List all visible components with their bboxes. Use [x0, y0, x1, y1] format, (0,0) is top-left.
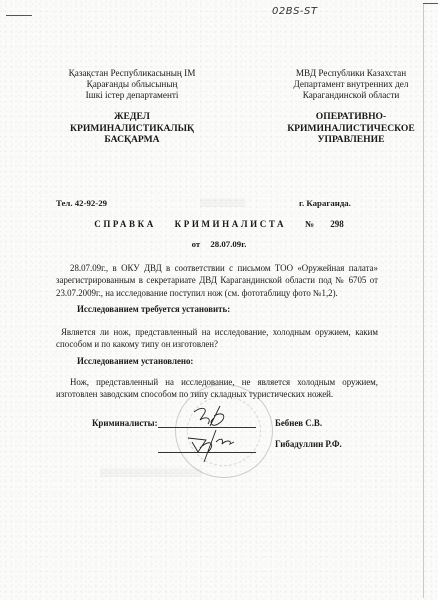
question-heading: Исследованием требуется установить: — [77, 304, 230, 314]
dept-title-line: УПРАВЛЕНИЕ — [266, 134, 436, 145]
dept-title-line: ЖЕДЕЛ — [47, 111, 217, 122]
bleed-through-text: ▒▒▒▒▒▒▒▒▒▒▒▒▒▒▒▒▒▒ — [100, 468, 300, 477]
document-title: СПРАВКА КРИМИНАЛИСТА № 298 — [0, 219, 438, 229]
city: г. Караганда. — [299, 198, 351, 208]
date-prefix: от — [192, 239, 201, 249]
header-left-dept-title: ЖЕДЕЛ КРИМИНАЛИСТИКАЛЫҚ БАСҚАРМА — [47, 111, 217, 145]
bleed-through-text: ▒▒▒▒▒▒▒▒ — [200, 198, 245, 207]
scan-edge-corner — [423, 3, 438, 4]
header-right-line: Карагандинской области — [266, 90, 436, 101]
header-right-dept-title: ОПЕРАТИВНО- КРИМИНАЛИСТИЧЕСКОЕ УПРАВЛЕНИ… — [266, 111, 436, 145]
document-number: № 298 — [305, 219, 344, 229]
telephone: Тел. 42-92-29 — [56, 198, 107, 208]
pen-mark — [6, 15, 32, 16]
header-left-line: Қарағанды облысының — [47, 79, 217, 90]
title-text: СПРАВКА КРИМИНАЛИСТА — [94, 219, 286, 229]
signatory-name-1: Бебнев С.В. — [275, 418, 322, 428]
header-left-kazakh: Қазақстан Республикасының ІМ Қарағанды о… — [47, 68, 217, 146]
intro-paragraph: 28.07.09г., в ОКУ ДВД в соответствии с п… — [56, 262, 378, 299]
document-date: от 28.07.09г. — [0, 239, 438, 249]
header-right-line: МВД Республики Казахстан — [266, 68, 436, 79]
document-page: 02BS-ST Қазақстан Республикасының ІМ Қар… — [0, 0, 438, 600]
dept-title-line: ОПЕРАТИВНО- — [266, 111, 436, 122]
finding-heading: Исследованием установлено: — [77, 356, 193, 366]
date-value: 28.07.09г. — [210, 239, 246, 249]
signatory-name-2: Гибадуллин Р.Ф. — [275, 439, 342, 449]
dept-title-line: КРИМИНАЛИСТИКАЛЫҚ — [47, 123, 217, 134]
question-paragraph: Является ли нож, представленный на иссле… — [56, 326, 378, 351]
signatures-label: Криминалисты: — [92, 418, 158, 428]
dept-title-line: БАСҚАРМА — [47, 134, 217, 145]
handwritten-note: 02BS-ST — [272, 6, 318, 17]
header-left-line: Ішкі істер департаменті — [47, 90, 217, 101]
header-right-russian: МВД Республики Казахстан Департамент вну… — [266, 68, 436, 146]
header-left-line: Қазақстан Республикасының ІМ — [47, 68, 217, 79]
dept-title-line: КРИМИНАЛИСТИЧЕСКОЕ — [266, 123, 436, 134]
header-right-line: Департамент внутренних дел — [266, 79, 436, 90]
